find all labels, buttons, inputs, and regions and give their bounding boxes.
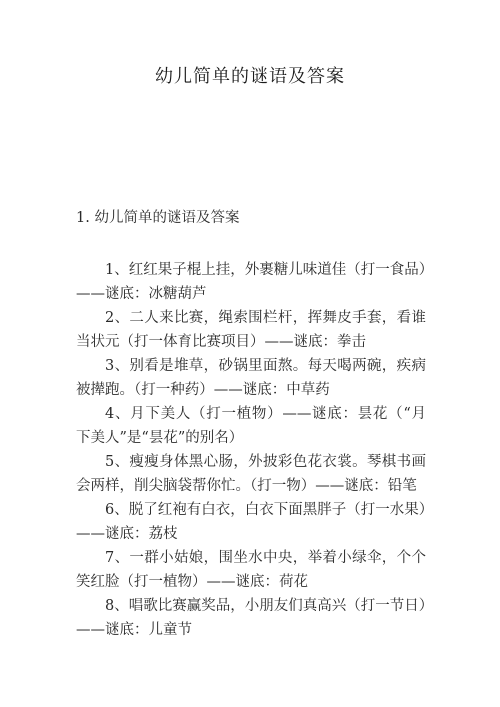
riddle-item: 1、红红果子棍上挂，外裹糖儿味道佳（打一食品）——谜底：冰糖葫芦 [76,258,426,306]
riddle-item: 3、别看是堆草，砂锅里面熬。每天喝两碗，疾病被撵跑。（打一种药）——谜底：中草药 [76,354,426,402]
riddle-item: 8、唱歌比赛赢奖品，小朋友们真高兴（打一节日）——谜底：儿童节 [76,594,426,642]
riddle-item: 4、月下美人（打一植物）——谜底：昙花（“月下美人”是“昙花”的别名） [76,402,426,450]
document-title: 幼儿简单的谜语及答案 [0,62,500,88]
riddle-item: 5、瘦瘦身体黑心肠，外披彩色花衣裳。琴棋书画会两样，削尖脑袋帮你忙。（打一物）—… [76,450,426,498]
riddle-list: 1、红红果子棍上挂，外裹糖儿味道佳（打一食品）——谜底：冰糖葫芦 2、二人来比赛… [76,258,426,642]
section-heading: 1. 幼儿简单的谜语及答案 [76,206,239,227]
riddle-item: 2、二人来比赛，绳索围栏杆，挥舞皮手套，看谁当状元（打一体育比赛项目）——谜底：… [76,306,426,354]
document-page: 幼儿简单的谜语及答案 1. 幼儿简单的谜语及答案 1、红红果子棍上挂，外裹糖儿味… [0,0,500,707]
riddle-item: 7、一群小姑娘，围坐水中央，举着小绿伞，个个笑红脸（打一植物）——谜底：荷花 [76,546,426,594]
riddle-item: 6、脱了红袍有白衣，白衣下面黑胖子（打一水果）——谜底：荔枝 [76,498,426,546]
